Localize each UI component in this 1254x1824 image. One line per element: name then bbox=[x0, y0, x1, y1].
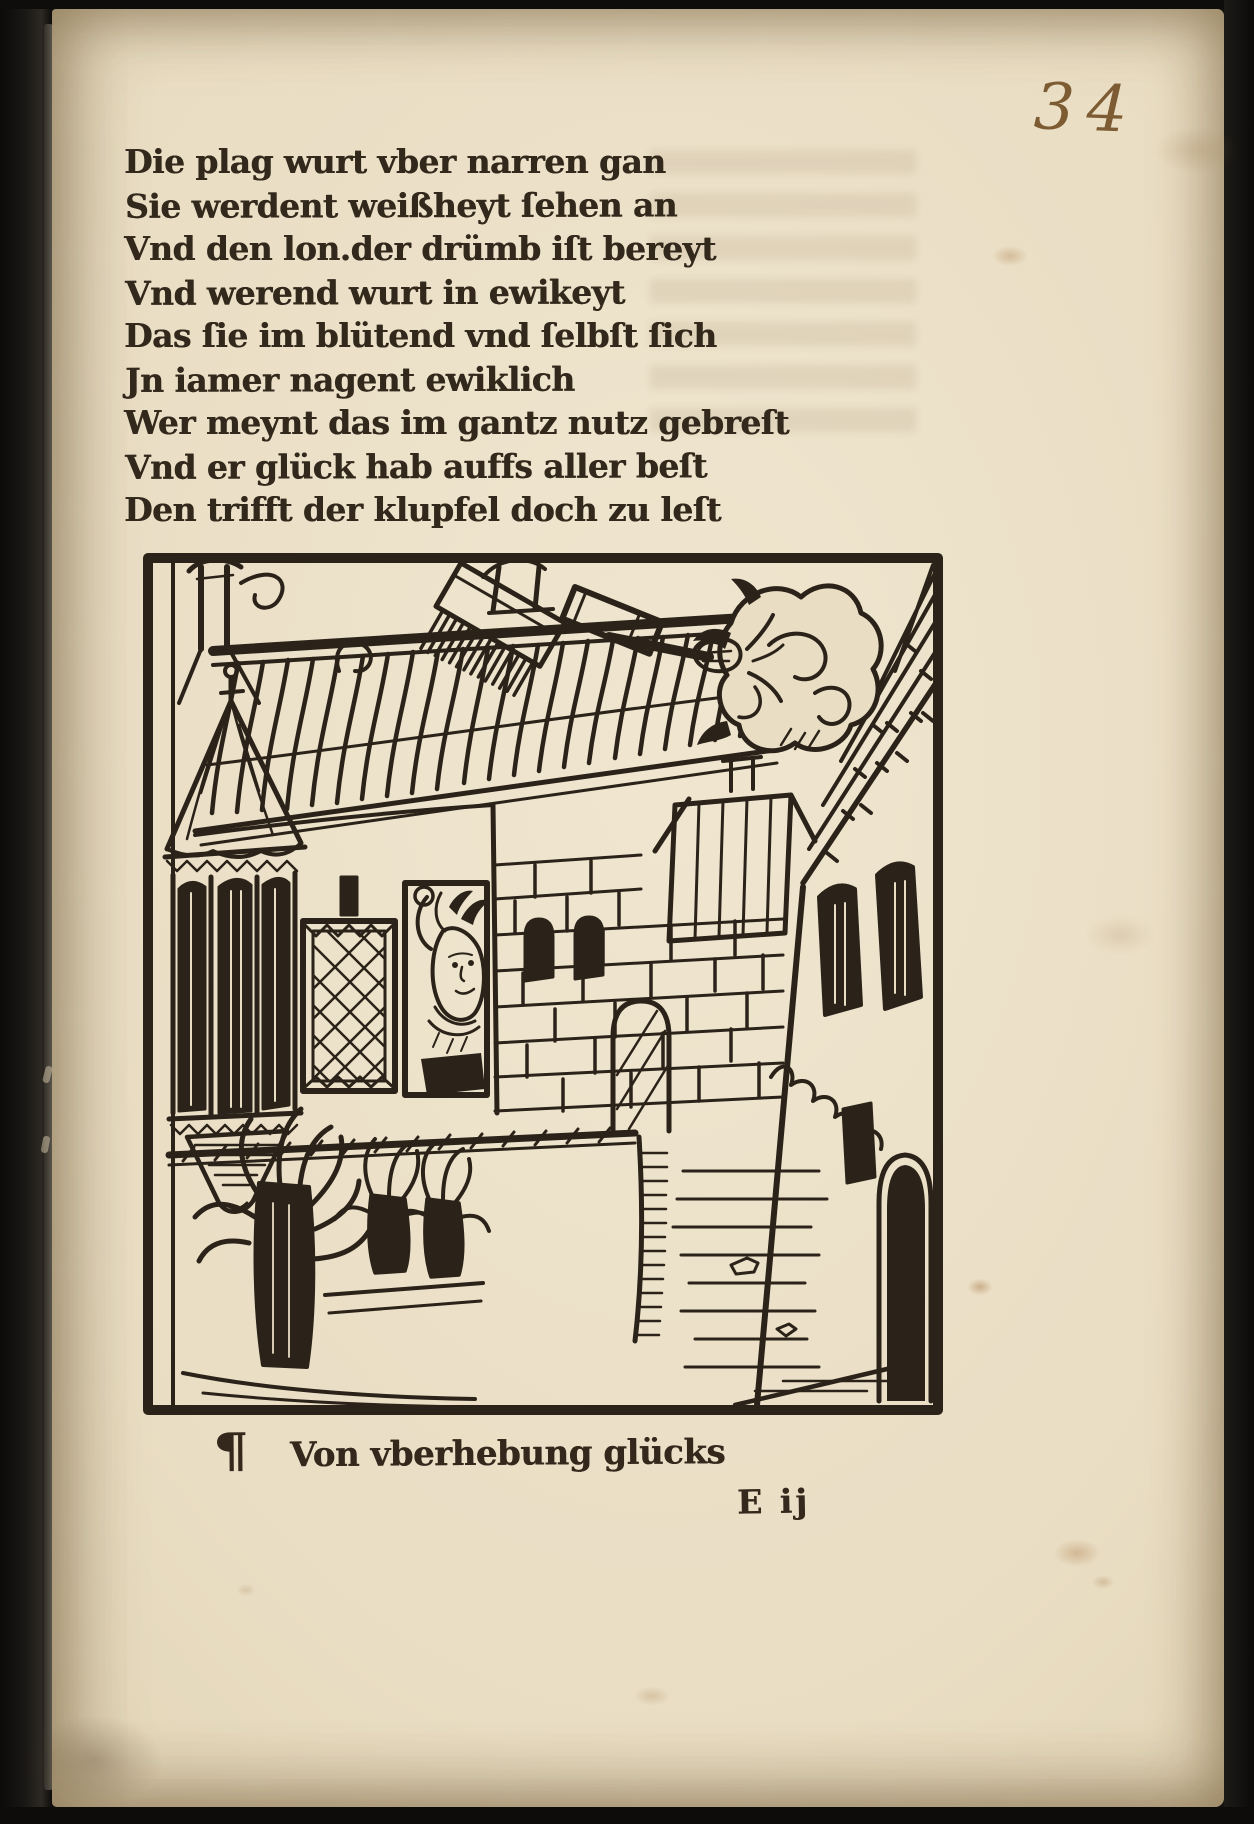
verse-line: Vnd werend wurt in ewikeyt bbox=[125, 270, 790, 315]
book-photo: { "page": { "handwritten_folio_number": … bbox=[0, 0, 1254, 1824]
verse-line: Sie werdent weißheyt ſehen an bbox=[125, 183, 790, 228]
verse-line: Den trifft der klupfel doch zu leſt bbox=[124, 488, 789, 532]
cloud bbox=[693, 579, 881, 751]
right-house bbox=[757, 863, 931, 1405]
handwritten-page-number: 34 bbox=[1033, 70, 1141, 148]
verse-line: Jn iamer nagent ewiklich bbox=[125, 357, 790, 402]
caption: ¶ Von vberhebung glücks bbox=[216, 1420, 725, 1479]
verse-line: Das ſie im blütend vnd ſelbſt ſich bbox=[124, 314, 789, 358]
lattice-window bbox=[303, 921, 395, 1091]
backdrop-edge-bottom bbox=[0, 1807, 1254, 1824]
slit-window bbox=[341, 877, 357, 915]
caption-text: Von vberhebung glücks bbox=[290, 1432, 725, 1475]
backdrop-edge-top bbox=[0, 0, 1254, 9]
verse-line: Die plag wurt vber narren gan bbox=[124, 140, 789, 184]
verse-block: Die plag wurt vber narren gan Sie werden… bbox=[124, 140, 789, 532]
middle-house bbox=[495, 757, 815, 1131]
verse-line: Vnd den lon.der drümb iſt bereyt bbox=[124, 227, 789, 271]
verse-line: Wer meynt das im gantz nutz gebreſt bbox=[124, 401, 789, 445]
signature-mark: E ij bbox=[737, 1481, 811, 1521]
backdrop-edge-right bbox=[1224, 0, 1254, 1824]
face-window bbox=[405, 883, 489, 1095]
verse-line: Vnd er glück hab auffs aller beſt bbox=[125, 444, 790, 489]
woodcut-illustration bbox=[143, 553, 943, 1415]
pilcrow-mark: ¶ bbox=[213, 1424, 249, 1479]
